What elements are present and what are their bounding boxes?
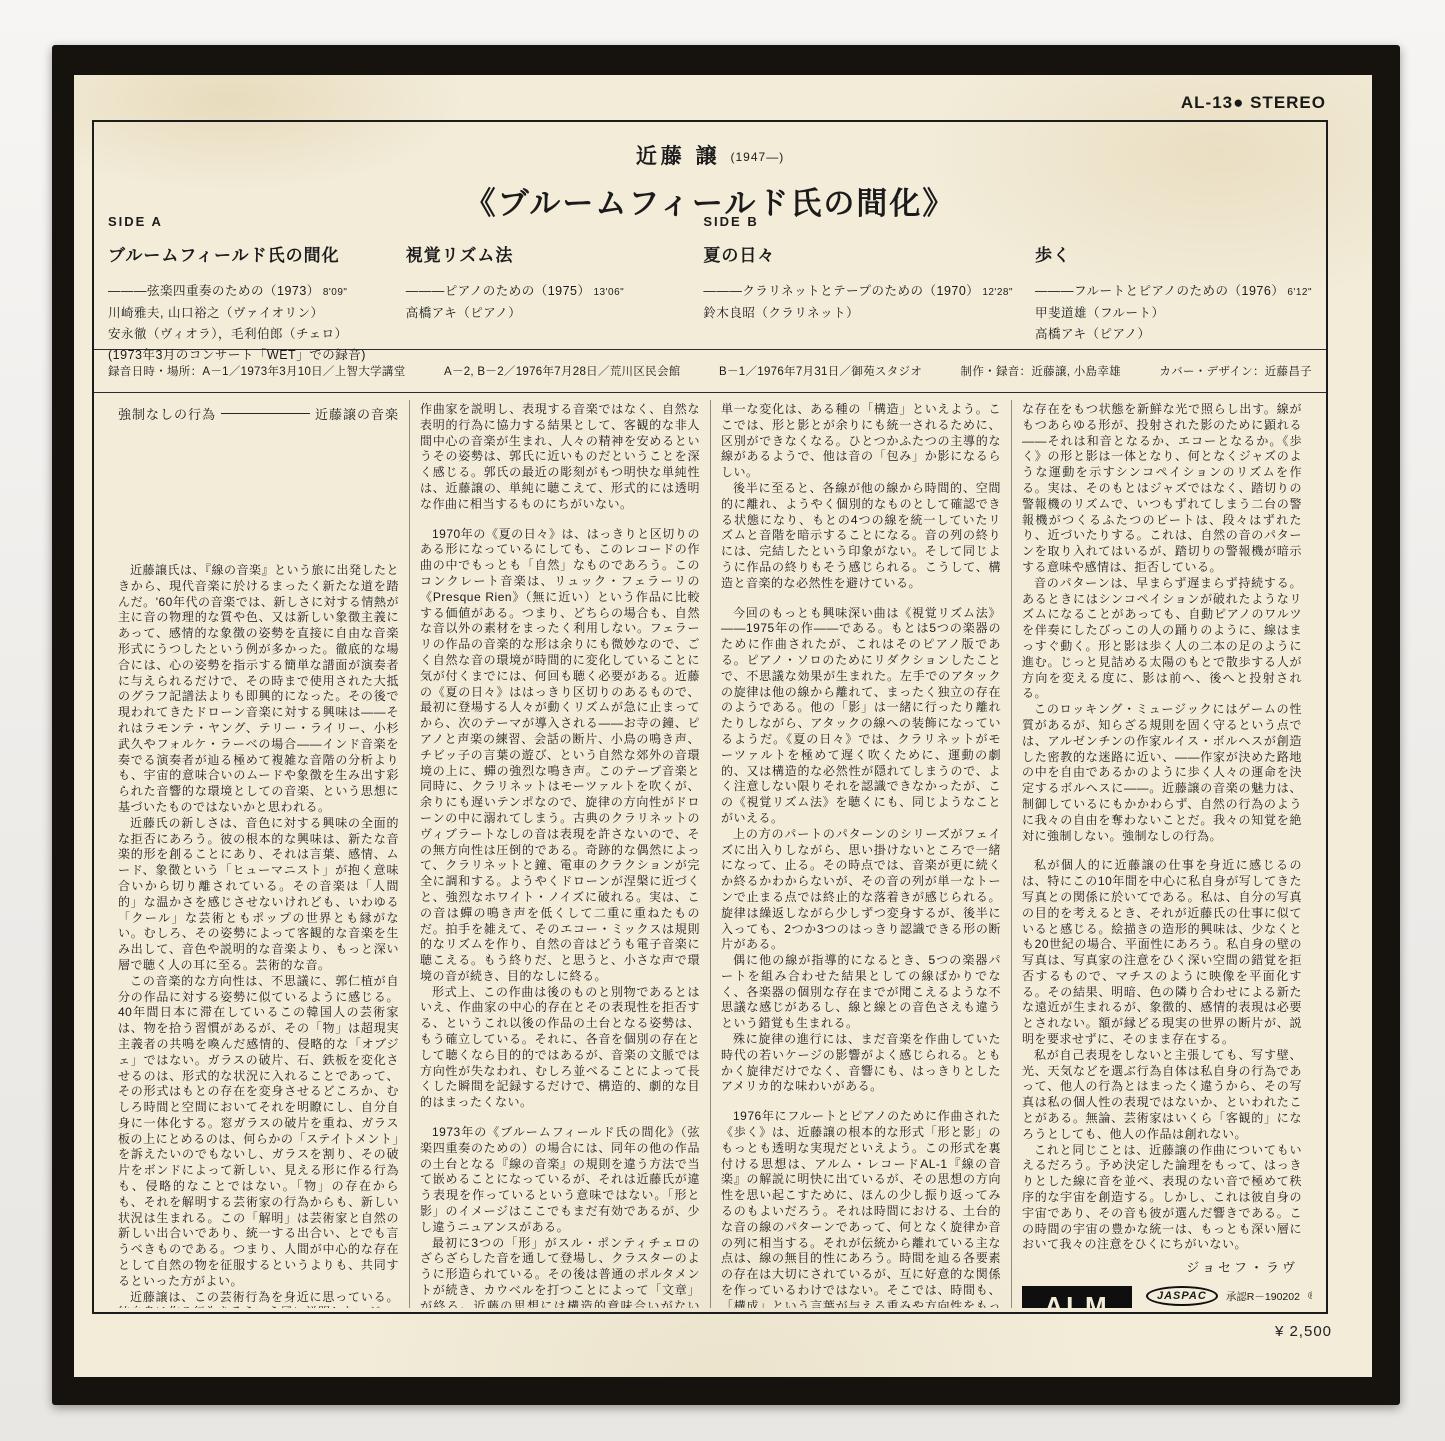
essay-paragraph: 作曲家を説明し、表現する音楽ではなく、自然な表明的行為に協力する結果として、客観… bbox=[420, 402, 700, 513]
essay-paragraph: 単一な変化は、ある種の「構造」といえよう。ここでは、形と影とが余りにも統一される… bbox=[721, 402, 1001, 481]
side-b-label: SIDE B bbox=[703, 214, 1013, 241]
composer-name-text: 近藤 譲 bbox=[636, 145, 721, 168]
track-cell-a2: 視覚リズム法 ―――ピアノのための（1975）13'06" 高橋アキ（ピアノ） bbox=[406, 214, 682, 366]
alm-records-logo: ALM RECORDS bbox=[1022, 1286, 1132, 1308]
performer-line: 高橋アキ（ピアノ） bbox=[406, 303, 682, 324]
essay-paragraph: 偶に他の線が指導的になるとき、5つの楽器パートを組み合わせた結果としての線ばかり… bbox=[721, 953, 1001, 1032]
essay-column-4: な存在をもつ状態を新鮮な光で照らし出す。線がもつあらゆる形が、投射された影のため… bbox=[1011, 400, 1312, 1308]
rights-line: JASPAC 承認R－190202 ℗ 1976 bbox=[1146, 1286, 1302, 1306]
recording-info-a2b2: A－2, B－2／1976年7月28日／荒川区民会館 bbox=[444, 363, 681, 379]
recording-info-b1: B－1／1976年7月31日／御苑スタジオ bbox=[719, 363, 922, 379]
essay-paragraph: 私が自己表現をしないと主張しても、写す壁、光、天気などを選ぶ行為自体は私自身の行… bbox=[1022, 1048, 1302, 1143]
phonogram-year: ℗ 1976 bbox=[1308, 1290, 1312, 1302]
track-work-line: ―――フルートとピアノのための（1976）6'12" bbox=[1035, 281, 1312, 299]
essay-paragraph: 近藤氏の新しさは、音色に対する興味の全面的な拒否にあろう。彼の根本的な興味は、新… bbox=[118, 816, 399, 974]
essay-paragraph: このロッキング・ミュージックにはゲームの性質があるが、知らざる規則を固く守るとい… bbox=[1022, 702, 1302, 844]
track-duration: 13'06" bbox=[594, 287, 625, 298]
price-label: ¥ 2,500 bbox=[1275, 1323, 1332, 1340]
track-title: 夏の日々 bbox=[703, 241, 1013, 266]
heading-rule bbox=[221, 413, 310, 414]
essay-paragraph: 殊に旋律の進行には、まだ音楽を作曲していた時代の若いケージの影響がよく感じられる… bbox=[721, 1032, 1001, 1095]
cover-design-credit: カバー・デザイン：近藤昌子 bbox=[1159, 363, 1312, 379]
performer-line: 高橋アキ（ピアノ） bbox=[1035, 324, 1312, 345]
essay-signature: ジョセフ・ラヴ bbox=[1022, 1257, 1302, 1276]
track-cell-a1: SIDE A ブルームフィールド氏の間化 ―――弦楽四重奏のための（1973）8… bbox=[108, 214, 384, 366]
track-title: 視覚リズム法 bbox=[406, 241, 682, 266]
essay-paragraph: 音のパターンは、早まらず遅まらず持続する。あるときにはシンコペイションが破れたよ… bbox=[1022, 576, 1302, 702]
performers: 高橋アキ（ピアノ） bbox=[406, 303, 682, 324]
essay-paragraph: この音楽的な方向性は、不思議に、郭仁植が自分の作品に対する姿勢に似ているように感… bbox=[118, 974, 399, 1290]
kojima-block: JASPAC 承認R－190202 ℗ 1976 KOJIMA RECORDIN… bbox=[1146, 1286, 1302, 1308]
track-cell-b1: SIDE B 夏の日々 ―――クラリネットとテープのための（1970）12'28… bbox=[703, 214, 1013, 366]
track-title: ブルームフィールド氏の間化 bbox=[108, 241, 384, 266]
essay-paragraph: 形式上、この作曲は後のものと別物であるとはいえ、作曲家の中心的存在とその表現性を… bbox=[420, 985, 700, 1111]
essay-paragraph: 近藤譲氏は、『線の音楽』という旅に出発したときから、現代音楽に於けるまったく新た… bbox=[118, 563, 399, 816]
track-work-line: ―――クラリネットとテープのための（1970）12'28" bbox=[703, 281, 1013, 299]
approval-number: 承認R－190202 bbox=[1226, 1289, 1300, 1304]
essay-paragraph: 最初に3つの「形」がスル・ポンティチェロのざらざらした音を通して登場し、クラスタ… bbox=[420, 1236, 700, 1308]
track-work-line: ―――ピアノのための（1975）13'06" bbox=[406, 281, 682, 299]
essay-paragraph: 1973年の《ブルームフィールド氏の間化》（弦楽四重奏のための）の場合には、同年… bbox=[420, 1125, 700, 1236]
performer-line: 安永徹（ヴィオラ），毛利伯郎（チェロ） bbox=[108, 324, 384, 345]
alm-logo-text: ALM bbox=[1026, 1290, 1128, 1308]
track-work-line: ―――弦楽四重奏のための（1973）8'09" bbox=[108, 281, 384, 299]
side-label-spacer bbox=[1035, 214, 1312, 241]
album-header: 近藤 譲 (1947―) 《ブルームフィールド氏の間化》 bbox=[94, 140, 1326, 223]
side-a-label: SIDE A bbox=[108, 214, 384, 241]
track-work: ―――クラリネットとテープのための（1970） bbox=[703, 284, 979, 298]
track-work: ―――フルートとピアノのための（1976） bbox=[1035, 284, 1284, 298]
performers: 甲斐道雄（フルート） 高橋アキ（ピアノ） bbox=[1035, 303, 1312, 345]
track-duration: 6'12" bbox=[1287, 287, 1312, 298]
essay-heading-right: 近藤譲の音楽 bbox=[315, 404, 399, 423]
essay-paragraph: 1970年の《夏の日々》は、はっきりと区切りのある形になっているにしても、このレ… bbox=[420, 527, 700, 985]
track-duration: 12'28" bbox=[982, 287, 1013, 298]
essay-column-3: 単一な変化は、ある種の「構造」といえよう。ここでは、形と影とが余りにも統一される… bbox=[710, 400, 1011, 1308]
essay-heading: 強制なしの行為 近藤譲の音楽 bbox=[118, 404, 399, 423]
essay-heading-left: 強制なしの行為 bbox=[118, 404, 216, 423]
essay-paragraph: 近藤譲は、この芸術行為を身近に思っている。彼自身は作る行為をそういう風に説明しな… bbox=[118, 1290, 399, 1308]
tracklist: SIDE A ブルームフィールド氏の間化 ―――弦楽四重奏のための（1973）8… bbox=[94, 214, 1326, 366]
track-work: ―――ピアノのための（1975） bbox=[406, 284, 591, 298]
performer-line: 鈴木良昭（クラリネット） bbox=[703, 303, 1013, 324]
track-cell-b2: 歩く ―――フルートとピアノのための（1976）6'12" 甲斐道雄（フルート）… bbox=[1035, 214, 1312, 366]
content-frame: 近藤 譲 (1947―) 《ブルームフィールド氏の間化》 SIDE A ブルーム… bbox=[92, 120, 1328, 1314]
essay-column-1: 強制なしの行為 近藤譲の音楽 近藤譲氏は、『線の音楽』という旅に出発したときから… bbox=[108, 400, 409, 1308]
label-logos: ALM RECORDS JASPAC 承認R－190202 ℗ 1976 KOJ… bbox=[1022, 1276, 1302, 1308]
performer-line: 甲斐道雄（フルート） bbox=[1035, 303, 1312, 324]
essay-paragraph: 上の方のパートのパターンのシリーズがフェイズに出入りしながら、思い掛けないところ… bbox=[721, 827, 1001, 953]
catalog-number: AL-13● STEREO bbox=[1181, 93, 1326, 113]
essay-paragraph: 今回のもっとも興味深い曲は《視覚リズム法》――1975年の作――である。もとは5… bbox=[721, 606, 1001, 827]
track-title: 歩く bbox=[1035, 241, 1312, 266]
track-duration: 8'09" bbox=[323, 287, 348, 298]
composer-years: (1947―) bbox=[731, 150, 785, 164]
production-credit: 制作・録音：近藤譲, 小島幸雄 bbox=[961, 363, 1121, 379]
essay-paragraph: これと同じことは、近藤譲の作曲についてもいえるだろう。予め決定した論理をもって、… bbox=[1022, 1143, 1302, 1254]
liner-notes-paper: AL-13● STEREO 近藤 譲 (1947―) 《ブルームフィールド氏の間… bbox=[74, 75, 1372, 1377]
essay-column-2: 作曲家を説明し、表現する音楽ではなく、自然な表明的行為に協力する結果として、客観… bbox=[409, 400, 710, 1308]
composer-name: 近藤 譲 (1947―) bbox=[94, 140, 1326, 170]
essay-paragraph: 後半に至ると、各線が他の線から時間的、空間的に離れ、ようやく個別的なものとして確… bbox=[721, 481, 1001, 592]
performers: 鈴木良昭（クラリネット） bbox=[703, 303, 1013, 324]
recording-credits-bar: 録音日時・場所：A－1／1973年3月10日／上智大学講堂 A－2, B－2／1… bbox=[94, 349, 1326, 393]
essay-paragraph: 1976年にフルートとピアノのために作曲された《歩く》は、近藤譲の根本的な形式「… bbox=[721, 1109, 1001, 1308]
liner-essay: 強制なしの行為 近藤譲の音楽 近藤譲氏は、『線の音楽』という旅に出発したときから… bbox=[94, 400, 1326, 1308]
recording-info-a1: 録音日時・場所：A－1／1973年3月10日／上智大学講堂 bbox=[108, 363, 406, 379]
performer-line: 川崎雅夫, 山口裕之（ヴァイオリン） bbox=[108, 303, 384, 324]
record-jacket: AL-13● STEREO 近藤 譲 (1947―) 《ブルームフィールド氏の間… bbox=[52, 45, 1400, 1405]
essay-paragraph: な存在をもつ状態を新鮮な光で照らし出す。線がもつあらゆる形が、投射された影のため… bbox=[1022, 402, 1302, 576]
track-work: ―――弦楽四重奏のための（1973） bbox=[108, 284, 320, 298]
jaspac-logo: JASPAC bbox=[1146, 1286, 1218, 1306]
essay-paragraph: 私が個人的に近藤譲の仕事を身近に感じるのは、特にこの10年間を中心に私自身が写し… bbox=[1022, 858, 1302, 1048]
side-label-spacer bbox=[406, 214, 682, 241]
